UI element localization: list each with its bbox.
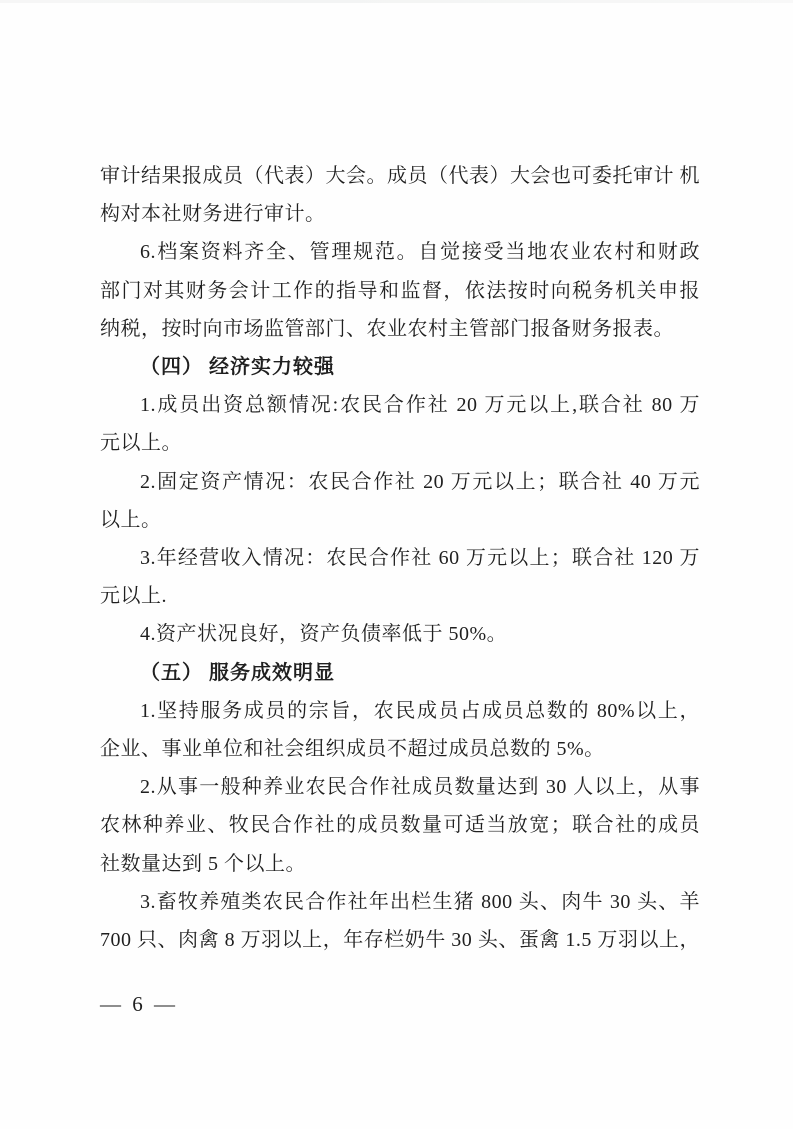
- text-line: 6.档案资料齐全、管理规范。自觉接受当地农业农村和财政: [100, 233, 700, 271]
- text-line: 农林种养业、牧民合作社的成员数量可适当放宽；联合社的成员: [100, 806, 700, 844]
- text-line: 700 只、肉禽 8 万羽以上，年存栏奶牛 30 头、蛋禽 1.5 万羽以上，: [100, 921, 700, 959]
- text-line: 2.从事一般种养业农民合作社成员数量达到 30 人以上，从事: [100, 768, 700, 806]
- section-heading: （四） 经济实力较强: [100, 348, 700, 386]
- page-number: — 6 —: [100, 992, 178, 1017]
- text-line: 企业、事业单位和社会组织成员不超过成员总数的 5%。: [100, 730, 700, 768]
- text-line: 元以上。: [100, 424, 700, 462]
- text-line: 部门对其财务会计工作的指导和监督，依法按时向税务机关申报: [100, 272, 700, 310]
- text-line: 1.成员出资总额情况:农民合作社 20 万元以上,联合社 80 万: [100, 386, 700, 424]
- text-line: 3.畜牧养殖类农民合作社年出栏生猪 800 头、肉牛 30 头、羊: [100, 883, 700, 921]
- text-line: 4.资产状况良好，资产负债率低于 50%。: [100, 615, 700, 653]
- text-line: 3.年经营收入情况：农民合作社 60 万元以上；联合社 120 万: [100, 539, 700, 577]
- section-heading: （五） 服务成效明显: [100, 654, 700, 692]
- text-line: 元以上.: [100, 577, 700, 615]
- text-line: 以上。: [100, 501, 700, 539]
- document-body: 审计结果报成员（代表）大会。成员（代表）大会也可委托审计 机构对本社财务进行审计…: [100, 157, 700, 959]
- scan-edge-artifact: [0, 0, 793, 3]
- text-line: 社数量达到 5 个以上。: [100, 845, 700, 883]
- text-line: 纳税，按时向市场监管部门、农业农村主管部门报备财务报表。: [100, 310, 700, 348]
- text-line: 构对本社财务进行审计。: [100, 195, 700, 233]
- text-line: 2.固定资产情况：农民合作社 20 万元以上；联合社 40 万元: [100, 463, 700, 501]
- text-line: 审计结果报成员（代表）大会。成员（代表）大会也可委托审计 机: [100, 157, 700, 195]
- text-line: 1.坚持服务成员的宗旨，农民成员占成员总数的 80%以上，: [100, 692, 700, 730]
